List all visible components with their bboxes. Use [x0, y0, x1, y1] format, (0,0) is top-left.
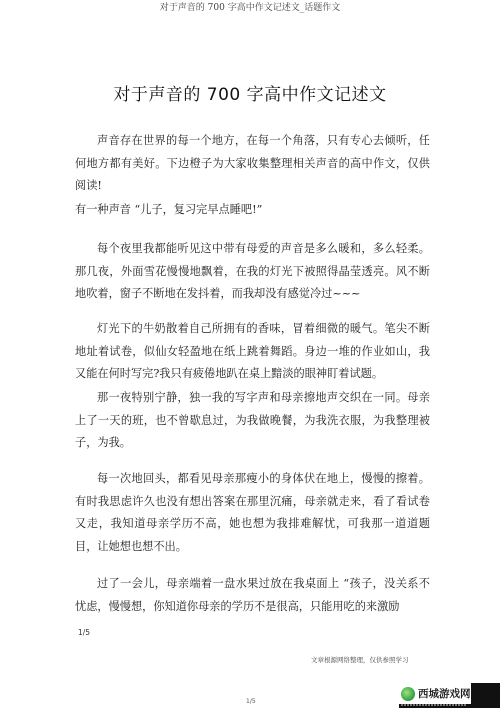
document-title: 对于声音的 700 字高中作文记述文 [0, 80, 500, 105]
footer-note: 文章根源网络整理，仅供参照学习 [311, 655, 409, 664]
bottom-page-indicator: 1/5 [246, 698, 256, 705]
paragraph-1: 每个夜里我都能听见这中带有母爱的声音是多么暖和，多么轻柔。那几夜，外面雪花慢慢地… [75, 238, 430, 306]
watermark-badge: 西城游戏网 [399, 683, 471, 704]
paragraph-text: 灯光下的牛奶散着自己所拥有的香味，冒着细微的暖气。笔尖不断地址着试卷，似仙女轻盈… [75, 318, 430, 386]
watermark-text: 西城游戏网 [418, 686, 471, 701]
paragraph-2: 灯光下的牛奶散着自己所拥有的香味，冒着细微的暖气。笔尖不断地址着试卷，似仙女轻盈… [75, 318, 430, 386]
paragraph-text: 每一次地回头，都看见母亲那瘦小的身体伏在地上，慢慢的擦着。有时我思虑许久也没有想… [75, 468, 430, 558]
leaf-logo-icon [401, 687, 415, 701]
paragraph-4: 每一次地回头，都看见母亲那瘦小的身体伏在地上，慢慢的擦着。有时我思虑许久也没有想… [75, 468, 430, 558]
paragraph-3: 那一夜特别宁静，独一我的写字声和母亲擦地声交织在一同。母亲上了一天的班，也不曾歇… [75, 387, 430, 455]
section-heading-text: 有一种声音 “儿子，复习完早点睡吧!” [75, 199, 430, 222]
paragraph-5: 过了一会儿，母亲端着一盘水果过放在我桌面上 “孩子，没关系不忧虑，慢慢想，你知道… [75, 573, 430, 618]
page-indicator: 1/5 [78, 628, 90, 637]
section-heading: 有一种声音 “儿子，复习完早点睡吧!” [75, 199, 430, 222]
site-watermark: 西城游戏网 [399, 683, 500, 708]
paragraph-text: 那一夜特别宁静，独一我的写字声和母亲擦地声交织在一同。母亲上了一天的班，也不曾歇… [75, 387, 430, 455]
paragraph-text: 每个夜里我都能听见这中带有母爱的声音是多么暖和，多么轻柔。那几夜，外面雪花慢慢地… [75, 238, 430, 306]
watermark-subtext-decoration [401, 704, 467, 706]
intro-text: 声音存在世界的每一个地方，在每一个角落，只有专心去倾听，任何地方都有美好。下边橙… [75, 130, 430, 198]
intro-paragraph: 声音存在世界的每一个地方，在每一个角落，只有专心去倾听，任何地方都有美好。下边橙… [75, 130, 430, 198]
paragraph-text: 过了一会儿，母亲端着一盘水果过放在我桌面上 “孩子，没关系不忧虑，慢慢想，你知道… [75, 573, 430, 618]
running-header: 对于声音的 700 字高中作文记述文_话题作文 [0, 2, 500, 14]
